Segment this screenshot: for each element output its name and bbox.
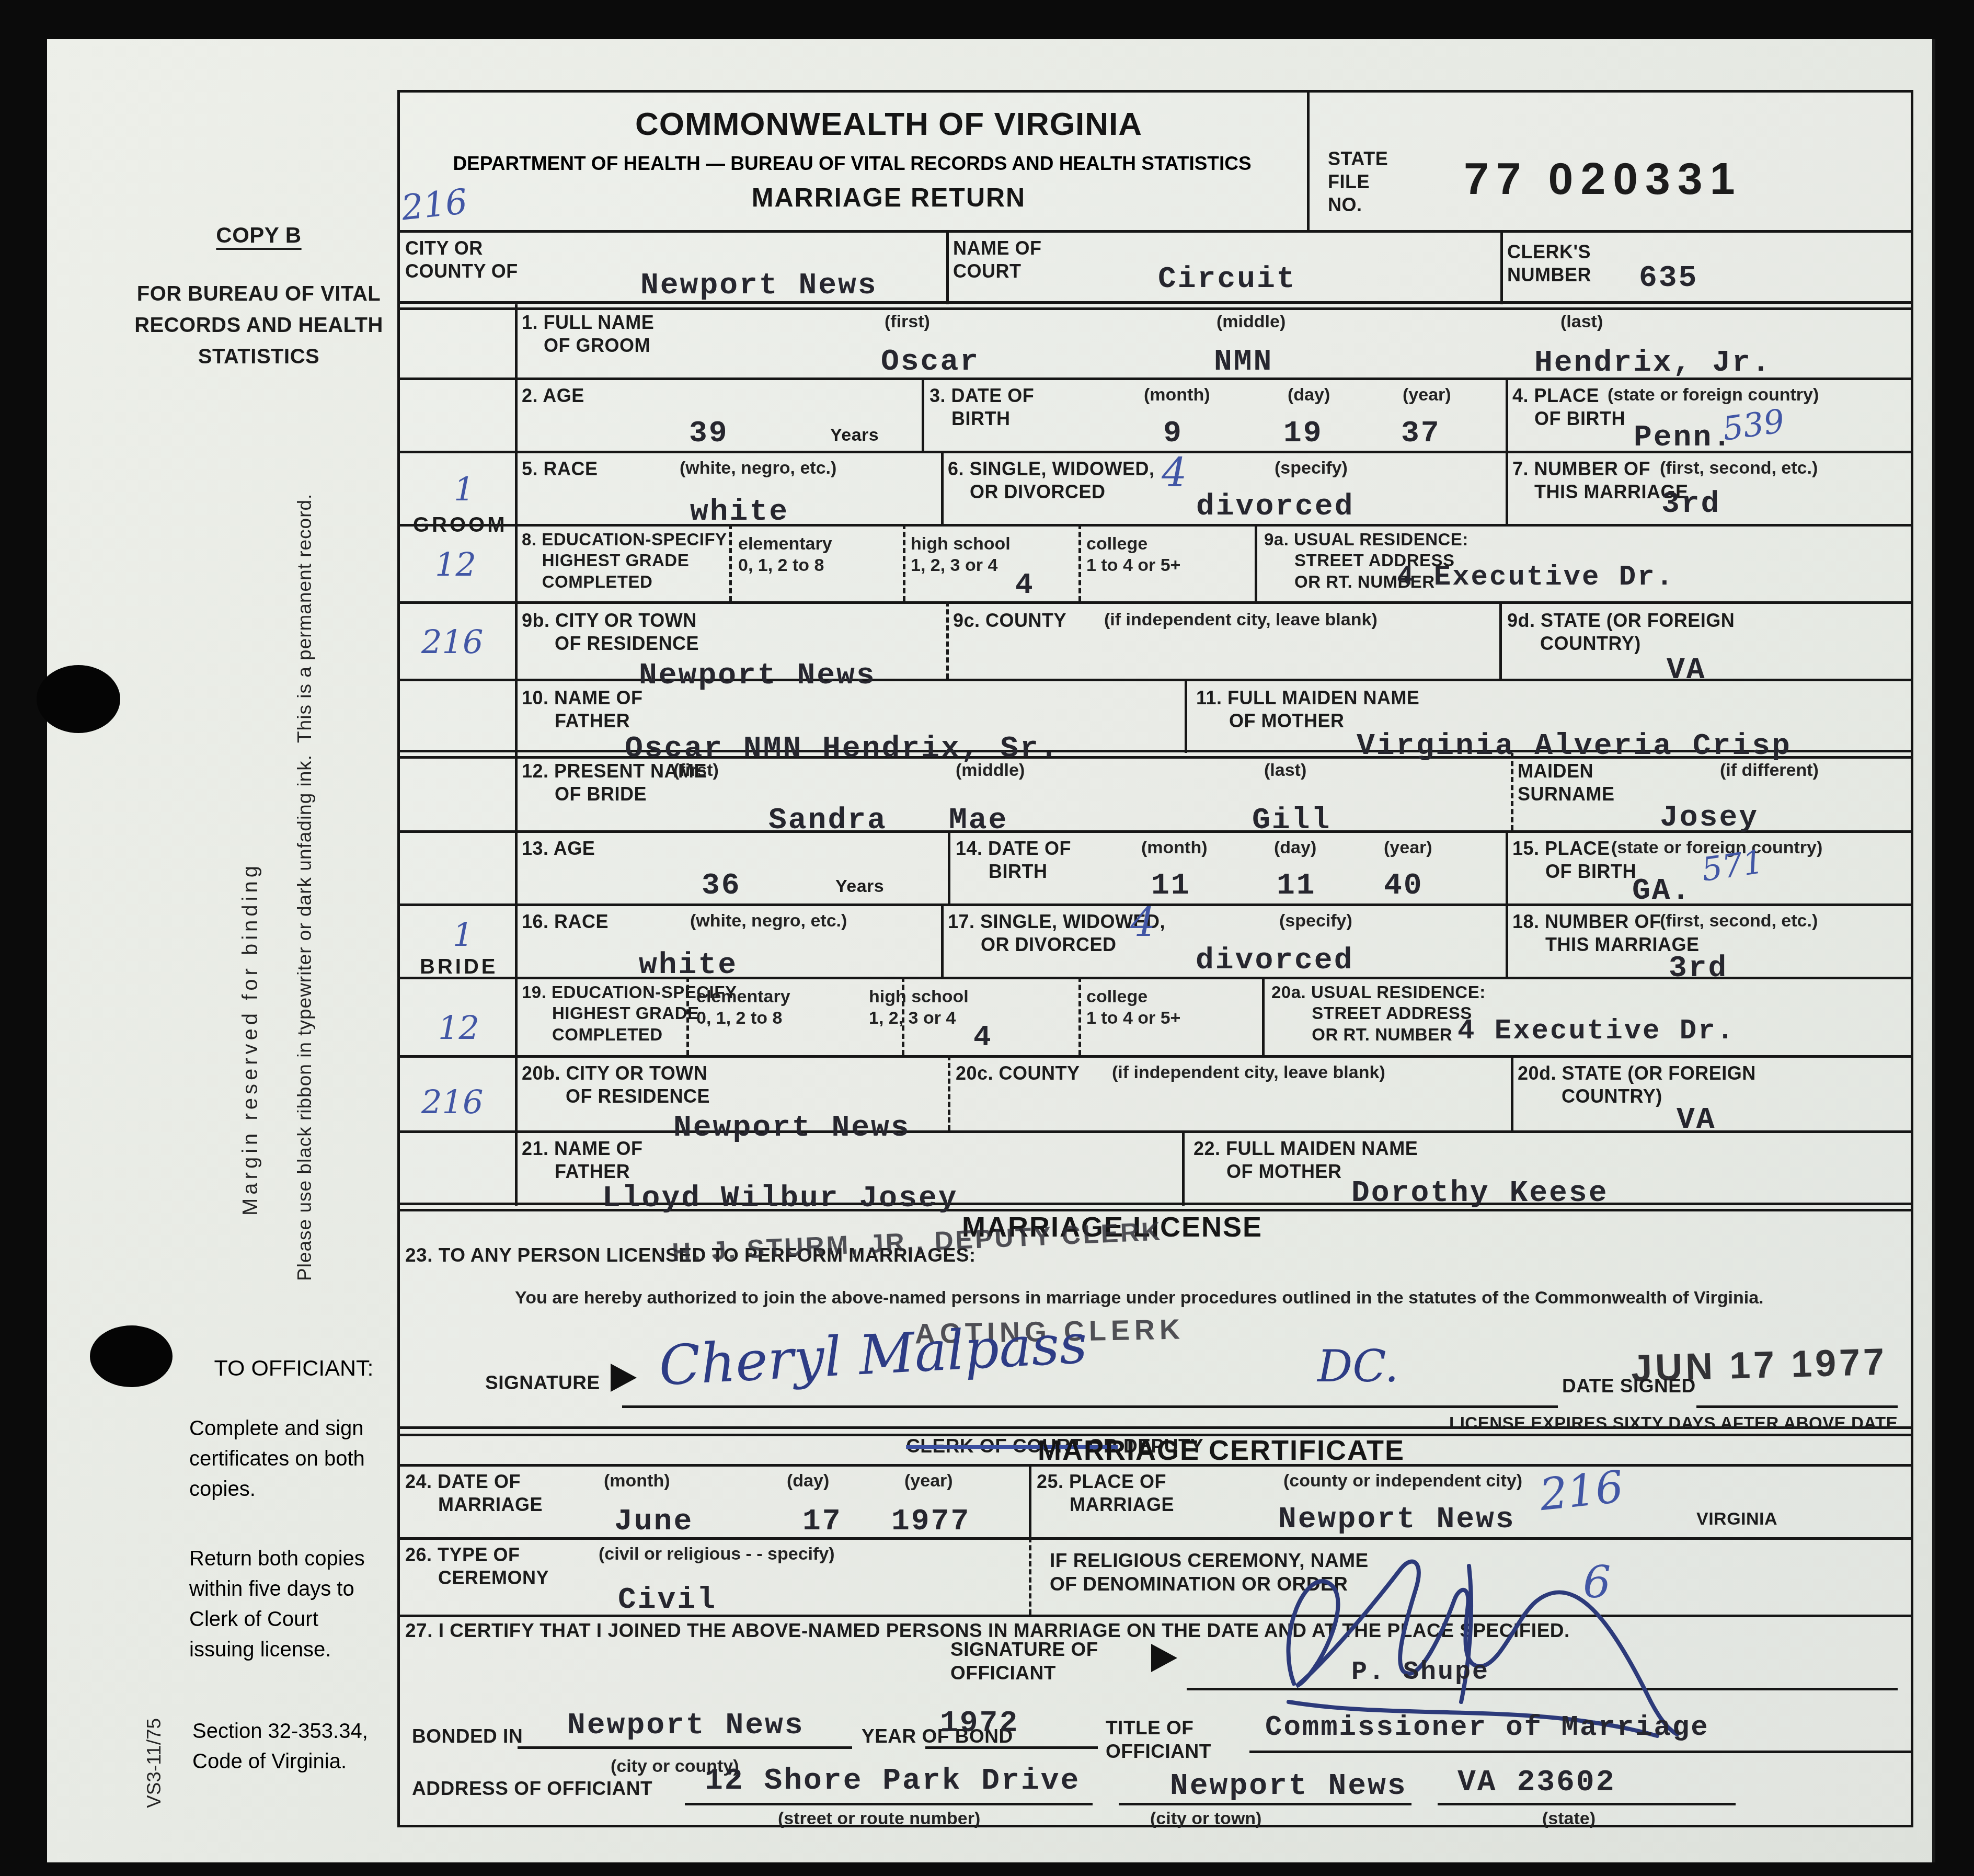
rule-line (397, 230, 1913, 233)
rule-line (1249, 1751, 1911, 1753)
groom-education-label: 8. EDUCATION-SPECIFY HIGHEST GRADE COMPL… (522, 529, 727, 592)
cert-day-hint: (day) (787, 1470, 829, 1492)
groom-college-hint: college 1 to 4 or 5+ (1086, 533, 1180, 577)
bride-race-label: 16. RACE (522, 910, 609, 933)
groom-age: 39 (689, 416, 729, 453)
groom-father-label: 10. NAME OF FATHER (522, 687, 643, 733)
groom-middle-hint: (middle) (1216, 311, 1286, 333)
rule-line-dashed (1029, 1537, 1031, 1615)
license-authorized-text: You are hereby authorized to join the ab… (515, 1287, 1764, 1309)
rule-line (397, 301, 1913, 304)
street-hint: (street or route number) (778, 1808, 980, 1829)
bride-day-hint: (day) (1274, 837, 1316, 859)
rule-line (397, 1055, 1913, 1058)
groom-race: white (690, 494, 789, 531)
rule-line (1255, 524, 1257, 601)
officiant-arrow-icon (1151, 1644, 1177, 1672)
groom-race-label: 5. RACE (522, 457, 598, 481)
rule-line (622, 1405, 1558, 1408)
officiant-signature-label: SIGNATURE OF OFFICIANT (950, 1638, 1098, 1685)
groom-pob-hint: (state or foreign country) (1608, 384, 1819, 406)
bride-dob-label: 14. DATE OF BIRTH (956, 837, 1071, 883)
city-county-value: Newport News (640, 268, 878, 305)
bride-age-label: 13. AGE (522, 837, 595, 860)
groom-state-label: 9d. STATE (OR FOREIGN COUNTRY) (1507, 609, 1735, 655)
bride-dob-day: 11 (1277, 868, 1316, 905)
bride-years-label: Years (835, 876, 884, 897)
clerk-signature-suffix: DC. (1317, 1340, 1398, 1393)
bride-maiden-label: MAIDEN SURNAME (1518, 760, 1615, 806)
groom-middle: NMN (1214, 344, 1273, 381)
groom-highschool-value: 4 (1015, 567, 1035, 603)
to-officiant-note: TO OFFICIANT: Complete and sign certific… (189, 1334, 398, 1525)
rule-line (1438, 1803, 1736, 1805)
bride-pob: GA. (1632, 873, 1691, 910)
bride-first: Sandra (768, 803, 887, 840)
rule-line (941, 451, 944, 524)
groom-dob-label: 3. DATE OF BIRTH (929, 384, 1034, 430)
bride-last: Gill (1252, 803, 1331, 840)
bride-race-hint: (white, negro, etc.) (690, 910, 847, 932)
bride-margin-note-1: 1 (453, 915, 473, 955)
rule-line-dashed (903, 524, 905, 601)
rule-line (397, 601, 1913, 604)
groom-day-hint: (day) (1288, 384, 1330, 406)
rule-line (946, 230, 949, 304)
groom-section-label: GROOM (413, 512, 508, 538)
groom-pob: Penn. (1634, 420, 1732, 457)
bride-middle-hint: (middle) (956, 760, 1025, 781)
groom-dob-month: 9 (1163, 416, 1183, 453)
address-of-officiant-label: ADDRESS OF OFFICIANT (412, 1777, 652, 1800)
bride-father: Lloyd Wilbur Josey (602, 1181, 958, 1218)
bride-county-label: 20c. COUNTY (956, 1062, 1080, 1085)
groom-city-label: 9b. CITY OR TOWN OF RESIDENCE (522, 609, 699, 655)
officiant-title: Commissioner of Marriage (1265, 1711, 1709, 1745)
rule-line (948, 830, 950, 903)
bride-highschool-value: 4 (973, 1020, 993, 1055)
bride-state: VA (1677, 1102, 1716, 1139)
rule-line-dashed (1078, 524, 1081, 601)
cert-year: 1977 (891, 1504, 970, 1541)
date-signed-stamp: JUN 17 1977 (1631, 1340, 1888, 1392)
rule-line (397, 307, 1913, 310)
rule-line-dashed (1078, 977, 1081, 1055)
cert-day: 17 (802, 1504, 842, 1541)
city-hint: (city or town) (1150, 1808, 1261, 1829)
rule-line (1506, 378, 1508, 451)
rule-line (1307, 90, 1310, 230)
court-label: NAME OF COURT (953, 237, 1042, 283)
city-county-label: CITY OR COUNTY OF (405, 237, 518, 283)
rule-line (1499, 601, 1502, 679)
bride-dob-year: 40 (1384, 868, 1424, 905)
groom-specify-hint: (specify) (1275, 457, 1348, 479)
bride-dob-month: 11 (1151, 868, 1191, 905)
groom-elementary-hint: elementary 0, 1, 2 to 8 (738, 533, 832, 577)
copy-heading: COPY B (125, 222, 392, 248)
bride-college-hint: college 1 to 4 or 5+ (1086, 986, 1180, 1029)
clerk-number-value: 635 (1639, 260, 1698, 298)
court-value: Circuit (1158, 261, 1296, 299)
groom-city: Newport News (639, 658, 876, 695)
groom-mother-label: 11. FULL MAIDEN NAME OF MOTHER (1196, 687, 1419, 733)
bride-marital: divorced (1196, 943, 1353, 980)
cert-year-hint: (year) (904, 1470, 953, 1492)
groom-marital-label: 6. SINGLE, WIDOWED, OR DIVORCED (948, 457, 1155, 504)
officiant-name: P. Shupe (1351, 1656, 1489, 1688)
clerk-number-label: CLERK'S NUMBER (1507, 241, 1591, 287)
bride-margin-note-3: 216 (421, 1082, 483, 1122)
to-officiant-title: TO OFFICIANT: (189, 1355, 398, 1382)
groom-year-hint: (year) (1403, 384, 1451, 406)
groom-age-label: 2. AGE (522, 384, 584, 407)
bride-first-hint: (first) (673, 760, 719, 781)
groom-name-label: 1. FULL NAME OF GROOM (522, 311, 654, 357)
bride-margin-note-2: 12 (438, 1008, 479, 1048)
bride-middle: Mae (949, 803, 1008, 840)
bride-residence: 4 Executive Dr. (1457, 1014, 1735, 1049)
groom-number-hint: (first, second, etc.) (1660, 457, 1818, 479)
bride-elementary-hint: elementary 0, 1, 2 to 8 (696, 986, 790, 1029)
margin-number-top: 216 (399, 181, 469, 230)
bride-county-hint: (if independent city, leave blank) (1112, 1062, 1385, 1083)
groom-last: Hendrix, Jr. (1534, 345, 1772, 382)
cert-ceremony: Civil (618, 1582, 717, 1619)
punch-hole (90, 1325, 173, 1387)
groom-dob-day: 19 (1283, 416, 1323, 453)
bride-section-label: BRIDE (420, 954, 498, 980)
bride-residence-label: 20a. USUAL RESIDENCE: STREET ADDRESS OR … (1271, 982, 1486, 1045)
signature-label: SIGNATURE (485, 1371, 600, 1394)
rule-line (1500, 230, 1503, 304)
groom-margin-note-1: 1 (454, 470, 474, 509)
bride-specify-hint: (specify) (1279, 910, 1352, 932)
groom-margin-note-2: 12 (435, 545, 476, 585)
cert-ceremony-hint: (civil or religious - - specify) (599, 1543, 835, 1565)
groom-dob-year: 37 (1401, 416, 1441, 453)
bonded-in-label: BONDED IN (412, 1724, 523, 1748)
bride-mother: Dorothy Keese (1351, 1175, 1608, 1212)
rule-line (1262, 977, 1265, 1055)
groom-number: 3rd (1661, 486, 1720, 523)
scanned-marriage-return-document: COPY B FOR BUREAU OF VITAL RECORDS AND H… (0, 0, 1974, 1876)
bride-last-hint: (last) (1264, 760, 1306, 781)
rule-line (515, 753, 518, 1206)
bride-city-label: 20b. CITY OR TOWN OF RESIDENCE (522, 1062, 710, 1108)
license-expires-note: LICENSE EXPIRES SIXTY DAYS AFTER ABOVE D… (1449, 1413, 1898, 1434)
bride-month-hint: (month) (1141, 837, 1208, 859)
bride-city: Newport News (673, 1110, 911, 1147)
code-note: Section 32-353.34, Code of Virginia. (192, 1716, 368, 1777)
bonded-in-value: Newport News (567, 1708, 805, 1745)
state-file-number: 77 020331 (1464, 152, 1742, 207)
rule-line (515, 304, 518, 753)
groom-race-hint: (white, negro, etc.) (680, 457, 836, 479)
rule-line-dashed (948, 1055, 950, 1130)
cert-date-label: 24. DATE OF MARRIAGE (405, 1470, 543, 1516)
rule-line (1511, 1055, 1513, 1130)
bride-marital-note: 4 (1130, 898, 1155, 947)
bride-age: 36 (702, 868, 741, 905)
groom-county-hint: (if independent city, leave blank) (1104, 609, 1378, 631)
groom-years-label: Years (830, 425, 879, 446)
form-name: MARRIAGE RETURN (470, 182, 1307, 214)
rule-line (1506, 903, 1508, 977)
bride-father-label: 21. NAME OF FATHER (522, 1137, 643, 1183)
rule-line (397, 524, 1913, 527)
cert-virginia-label: VIRGINIA (1696, 1508, 1777, 1530)
copy-body: FOR BUREAU OF VITAL RECORDS AND HEALTH S… (125, 278, 392, 372)
cert-place-hint: (county or independent city) (1283, 1470, 1522, 1492)
bride-number-hint: (first, second, etc.) (1660, 910, 1818, 932)
groom-county-label: 9c. COUNTY (953, 609, 1066, 632)
groom-last-hint: (last) (1560, 311, 1603, 333)
year-of-bond-value: 1972 (940, 1706, 1019, 1743)
bride-state-label: 20d. STATE (OR FOREIGN COUNTRY) (1518, 1062, 1756, 1108)
state-hint: (state) (1542, 1808, 1596, 1829)
groom-first-hint: (first) (885, 311, 930, 333)
groom-month-hint: (month) (1144, 384, 1210, 406)
rule-line (922, 378, 924, 451)
officiant-city: Newport News (1170, 1768, 1407, 1805)
officiant-state-zip: VA 23602 (1457, 1765, 1615, 1802)
rule-line (1696, 1405, 1898, 1408)
groom-marital: divorced (1196, 489, 1354, 526)
certificate-title: MARRIAGE CERTIFICATE (1038, 1434, 1405, 1468)
signature-arrow-icon (611, 1364, 637, 1392)
rule-line (1506, 451, 1508, 524)
rule-line (1506, 830, 1508, 903)
bride-race: white (639, 947, 738, 985)
rule-line-dashed (729, 524, 732, 601)
rule-line (685, 1803, 1093, 1805)
punch-hole (37, 665, 120, 733)
bride-maiden-hint: (if different) (1720, 760, 1819, 781)
copy-designation: COPY B FOR BUREAU OF VITAL RECORDS AND H… (125, 201, 392, 393)
bride-number: 3rd (1669, 951, 1728, 988)
state-file-label: STATE FILE NO. (1328, 147, 1388, 216)
rule-line-dashed (946, 601, 949, 679)
cert-ceremony-label: 26. TYPE OF CEREMONY (405, 1543, 549, 1589)
bride-highschool-hint: high school 1, 2, 3 or 4 (869, 986, 969, 1029)
groom-highschool-hint: high school 1, 2, 3 or 4 (911, 533, 1011, 577)
bride-year-hint: (year) (1384, 837, 1432, 859)
cert-place-label: 25. PLACE OF MARRIAGE (1037, 1470, 1174, 1516)
rule-line (1185, 679, 1187, 753)
form-code: VS3-11/75 (142, 1635, 166, 1808)
groom-state: VA (1667, 653, 1706, 690)
groom-margin-note-3: 216 (421, 622, 483, 662)
margin-note-binding: Margin reserved for binding (238, 729, 263, 1216)
margin-note-ribbon: Please use black ribbon in typewriter or… (293, 486, 316, 1281)
rule-line (941, 903, 944, 977)
rule-line (518, 1746, 852, 1749)
officiant-street: 12 Shore Park Drive (705, 1763, 1080, 1800)
rule-line (1182, 1130, 1185, 1206)
cert-month-hint: (month) (604, 1470, 670, 1492)
officiant-title-label: TITLE OF OFFICIANT (1106, 1716, 1211, 1763)
groom-marital-note: 4 (1162, 449, 1187, 497)
cert-place-note: 216 (1537, 1460, 1626, 1522)
to-officiant-body: Complete and sign certificates on both c… (189, 1413, 398, 1504)
return-note: Return both copies within five days to C… (189, 1543, 365, 1665)
groom-residence: 4 Executive Dr. (1397, 560, 1674, 595)
groom-first: Oscar (881, 344, 980, 381)
cert-month: June (614, 1504, 693, 1541)
department-line: DEPARTMENT OF HEALTH — BUREAU OF VITAL R… (397, 152, 1307, 175)
page-title: COMMONWEALTH OF VIRGINIA (470, 105, 1307, 144)
bride-maiden: Josey (1660, 800, 1759, 837)
